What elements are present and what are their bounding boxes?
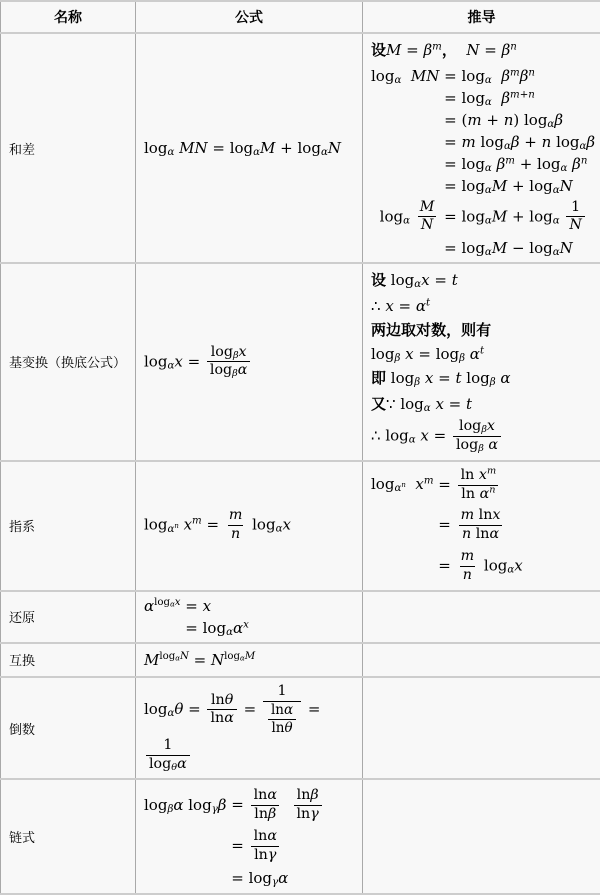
table-row-swap: 互换 MlogαN = NlogαM — [1, 643, 600, 678]
row-formula: αlogαx = x= logααx — [136, 591, 363, 643]
row-name: 基变换（换底公式） — [1, 263, 136, 461]
table-row-restore: 还原 αlogαx = x= logααx — [1, 591, 600, 643]
table-body: 和差 logα MN = logαM + logαN 设M = βm， N = … — [1, 33, 600, 894]
row-formula: logβα logγβ = lnαlnβ lnβlnγ= lnαlnγ= log… — [136, 779, 363, 894]
row-name: 指系 — [1, 461, 136, 591]
table-row-exponent: 指系 logαn xm = mn logαx logαn xm = ln xml… — [1, 461, 600, 591]
row-derivation: logαn xm = ln xmln αn= m lnxn lnα= mn lo… — [363, 461, 600, 591]
row-derivation — [363, 643, 600, 678]
row-formula: logαn xm = mn logαx — [136, 461, 363, 591]
row-derivation — [363, 779, 600, 894]
header-formula: 公式 — [136, 1, 363, 33]
header-derivation: 推导 — [363, 1, 600, 33]
table-row-base-change: 基变换（换底公式） logαx = logβxlogβα 设 logαx = t… — [1, 263, 600, 461]
row-formula: logαx = logβxlogβα — [136, 263, 363, 461]
log-identities-table: 名称 公式 推导 和差 logα MN = logαM + logαN 设M =… — [0, 0, 600, 895]
row-derivation: 设 logαx = t∴ x = αt两边取对数，则有logβ x = logβ… — [363, 263, 600, 461]
row-formula: MlogαN = NlogαM — [136, 643, 363, 678]
table-header: 名称 公式 推导 — [1, 1, 600, 33]
row-derivation — [363, 591, 600, 643]
row-formula: logα MN = logαM + logαN — [136, 33, 363, 263]
row-name: 互换 — [1, 643, 136, 678]
row-name: 链式 — [1, 779, 136, 894]
row-derivation: 设M = βm， N = βnlogα MN = logα βmβn= logα… — [363, 33, 600, 263]
row-name: 和差 — [1, 33, 136, 263]
table-row-chain: 链式 logβα logγβ = lnαlnβ lnβlnγ= lnαlnγ= … — [1, 779, 600, 894]
header-row: 名称 公式 推导 — [1, 1, 600, 33]
header-name: 名称 — [1, 1, 136, 33]
row-derivation — [363, 677, 600, 779]
table-row-sum-difference: 和差 logα MN = logαM + logαN 设M = βm， N = … — [1, 33, 600, 263]
row-name: 倒数 — [1, 677, 136, 779]
row-formula: logαθ = lnθlnα = 1lnαlnθ = 1logθα — [136, 677, 363, 779]
table-row-reciprocal: 倒数 logαθ = lnθlnα = 1lnαlnθ = 1logθα — [1, 677, 600, 779]
row-name: 还原 — [1, 591, 136, 643]
